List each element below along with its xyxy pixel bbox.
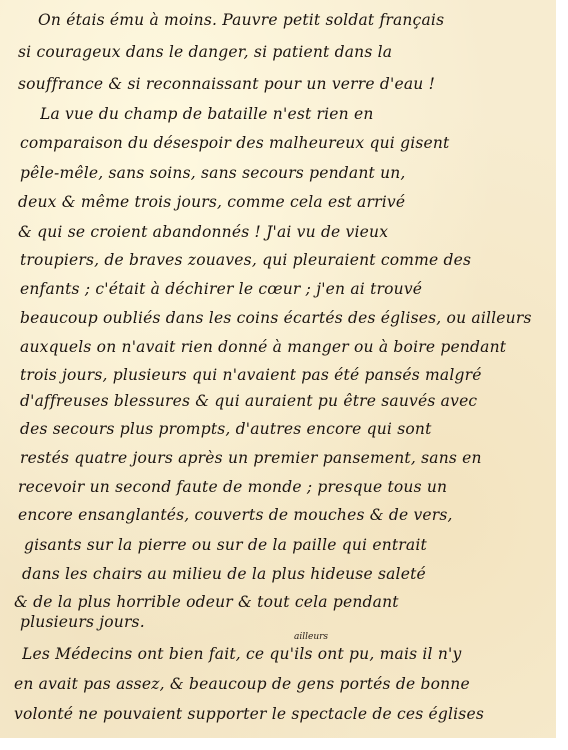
letter-line: Les Médecins ont bien fait, ce qu'ils on… xyxy=(22,644,568,664)
letter-line: La vue du champ de bataille n'est rien e… xyxy=(40,104,568,124)
letter-line: encore ensanglantés, couverts de mouches… xyxy=(18,505,568,525)
letter-line: volonté ne pouvaient supporter le specta… xyxy=(14,704,568,724)
letter-line: d'affreuses blessures & qui auraient pu … xyxy=(20,391,568,411)
letter-line: dans les chairs au milieu de la plus hid… xyxy=(22,564,568,584)
letter-line: On étais ému à moins. Pauvre petit solda… xyxy=(38,10,568,30)
letter-line: plusieurs jours. xyxy=(20,612,568,632)
letter-line: auxquels on n'avait rien donné à manger … xyxy=(20,337,568,357)
interlinear-insertion: ailleurs xyxy=(294,632,328,642)
letter-line: enfants ; c'était à déchirer le cœur ; j… xyxy=(20,279,568,299)
letter-line: gisants sur la pierre ou sur de la paill… xyxy=(24,535,568,555)
letter-line: & de la plus horrible odeur & tout cela … xyxy=(14,592,568,612)
letter-line: souffrance & si reconnaissant pour un ve… xyxy=(18,74,568,94)
letter-line: recevoir un second faute de monde ; pres… xyxy=(18,477,568,497)
letter-line: pêle-mêle, sans soins, sans secours pend… xyxy=(20,163,568,183)
letter-line: comparaison du désespoir des malheureux … xyxy=(20,133,568,153)
letter-line: des secours plus prompts, d'autres encor… xyxy=(20,419,568,439)
letter-line: beaucoup oubliés dans les coins écartés … xyxy=(20,308,568,328)
letter-line: si courageux dans le danger, si patient … xyxy=(18,42,568,62)
letter-line: trois jours, plusieurs qui n'avaient pas… xyxy=(20,365,568,385)
letter-line: troupiers, de braves zouaves, qui pleura… xyxy=(20,250,568,270)
letter-line: & qui se croient abandonnés ! J'ai vu de… xyxy=(18,222,568,242)
letter-line: en avait pas assez, & beaucoup de gens p… xyxy=(14,674,568,694)
letter-line: restés quatre jours après un premier pan… xyxy=(20,448,568,468)
letter-page: On étais ému à moins. Pauvre petit solda… xyxy=(0,0,556,738)
letter-line: deux & même trois jours, comme cela est … xyxy=(18,192,568,212)
